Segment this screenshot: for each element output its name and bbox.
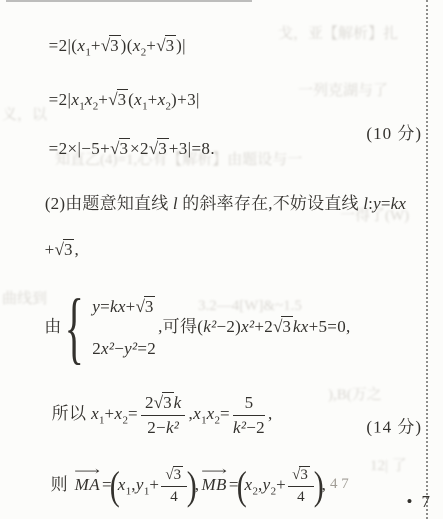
math-token: +	[149, 475, 159, 494]
system-of-equations-line: 由{y=kx+√32x²−y²=2,可得(k²−2)x²+2√3kx+5=0,	[26, 272, 351, 384]
math-token: +	[98, 90, 108, 109]
math-token: 5	[245, 393, 254, 412]
math-token: +	[45, 240, 55, 259]
system-brace: {	[64, 292, 83, 364]
math-variable: k	[174, 393, 182, 412]
chinese-text: 则	[51, 475, 73, 494]
radicand: 3	[63, 239, 75, 259]
square-root: √3	[110, 139, 130, 158]
math-token: =	[128, 404, 138, 423]
vector-MA: ⟶MA	[75, 475, 100, 495]
math-variable: x	[158, 90, 166, 109]
math-token: =	[100, 297, 110, 316]
math-token: )|	[176, 36, 186, 55]
equation-cases: y=kx+√32x²−y²=2	[92, 297, 156, 359]
scanned-answer-page: 戈，亚【解析】扎 一列克湖与了 义，以 知直乙(4)=1,心有【解析】由题设与一…	[0, 0, 443, 519]
math-variable: y²	[124, 339, 137, 358]
scan-edge-artifact	[6, 0, 252, 2]
math-token: +	[105, 404, 115, 423]
big-paren-right: )	[314, 468, 324, 504]
page-number: •7	[407, 492, 430, 512]
math-token: =	[220, 404, 230, 423]
math-token: =2×|−5+	[49, 139, 111, 158]
math-token: +	[146, 36, 156, 55]
math-token: 2	[145, 393, 154, 412]
bleed-through-text: 戈，亚【解析】扎	[278, 22, 438, 43]
fraction-denominator: 2−k²	[141, 416, 186, 438]
case-row-2: 2x²−y²=2	[92, 339, 156, 359]
math-variable: x	[133, 36, 141, 55]
chinese-text: 所以	[52, 404, 91, 423]
math-variable: x	[134, 90, 142, 109]
vector-arrow-icon: ⟶	[201, 464, 227, 479]
square-root: √3	[108, 90, 128, 109]
radicand: 3	[281, 316, 293, 336]
text-line-part2: (2)由题意知直线 l 的斜率存在,不妨设直线 l:y=kx	[27, 169, 406, 234]
math-token: )+3|	[171, 90, 200, 109]
chinese-text: (2)由题意知直线	[45, 194, 173, 213]
page-number-value: 7	[422, 492, 431, 511]
fraction: √34	[288, 466, 314, 506]
math-token: −2)	[216, 317, 241, 336]
square-root: √3	[136, 297, 156, 316]
math-variable: x²	[241, 317, 254, 336]
vectors-line: 则 ⟶MA=(x1,y1+√34),⟶MB=(x2,y2+√34),	[32, 446, 326, 519]
math-variable: kx	[391, 194, 407, 213]
fraction-numerator: √3	[288, 466, 314, 487]
math-token: +5=0,	[309, 317, 351, 336]
fraction-numerator: √3	[161, 466, 187, 487]
equation-line-continuation: +√3,	[26, 220, 79, 280]
radicand: 3	[119, 138, 131, 158]
math-token: 2−	[147, 418, 166, 437]
fraction-denominator: k²−2	[233, 416, 265, 438]
fraction-numerator: 2√3k	[141, 392, 186, 416]
math-token: 4	[170, 489, 178, 505]
square-root: √3	[149, 139, 169, 158]
score-mark-10: (10 分)	[366, 119, 422, 144]
math-token: =	[381, 194, 391, 213]
math-variable: y	[373, 194, 381, 213]
chinese-text: ,可得(	[158, 317, 203, 336]
fraction: 5k²−2	[233, 392, 265, 438]
chinese-text: 的斜率存在,不妨设直线	[178, 194, 363, 213]
math-variable: y	[136, 475, 144, 494]
fraction-numerator: 5	[233, 392, 265, 416]
square-root: √3	[156, 36, 176, 55]
fraction: 2√3k2−k²	[141, 392, 186, 438]
math-token: 2	[92, 339, 101, 358]
radicand: 3	[144, 296, 156, 316]
math-token: +2	[254, 317, 273, 336]
math-variable: x	[193, 404, 201, 423]
math-variable: x	[207, 404, 215, 423]
square-root: √3	[292, 467, 310, 483]
radicand: 3	[117, 89, 129, 109]
big-paren-left: (	[237, 468, 247, 504]
page-number-bullet: •	[407, 492, 413, 511]
bleed-through-text: 4 7	[330, 476, 382, 493]
chinese-text: 由	[44, 317, 61, 336]
math-token: =2|(	[49, 36, 78, 55]
math-token: =2	[137, 339, 156, 358]
math-variable: y	[263, 475, 271, 494]
square-root: √3	[165, 467, 183, 483]
math-variable: k²	[233, 418, 246, 437]
big-paren-left: (	[110, 468, 120, 504]
math-variable: y	[92, 297, 100, 316]
math-variable: x	[85, 90, 93, 109]
math-token: ,	[268, 404, 273, 423]
square-root: √3	[101, 36, 121, 55]
score-mark-14: (14 分)	[366, 413, 422, 438]
math-token: ×2	[130, 139, 149, 158]
math-token: +	[148, 90, 158, 109]
math-token: +	[91, 36, 101, 55]
radicand: 3	[157, 138, 169, 158]
radicand: 3	[162, 392, 174, 412]
math-variable: kx	[293, 317, 309, 336]
math-token: 4	[297, 489, 305, 505]
vector-MB: ⟶MB	[201, 475, 226, 495]
math-variable: x	[91, 404, 99, 423]
radicand: 3	[109, 35, 121, 55]
math-token: +	[126, 297, 136, 316]
math-token: +3|=8.	[169, 139, 215, 158]
math-variable: k²	[203, 317, 216, 336]
math-token: −2	[246, 418, 265, 437]
dotted-fold-line	[426, 0, 428, 519]
math-variable: x²	[101, 339, 114, 358]
radicand: 3	[299, 466, 310, 483]
bleed-through-text: 一列克湖与了	[298, 79, 428, 100]
case-row-1: y=kx+√3	[92, 297, 156, 317]
math-token: ,	[74, 240, 79, 259]
radicand: 3	[165, 35, 177, 55]
big-paren-right: )	[187, 468, 197, 504]
square-root: √3	[273, 317, 293, 336]
fraction-denominator: 4	[288, 487, 314, 506]
square-root: √3	[55, 240, 75, 259]
math-variable: k²	[166, 418, 179, 437]
vector-arrow-icon: ⟶	[74, 464, 100, 479]
fraction: √34	[161, 466, 187, 506]
square-root: √3	[154, 393, 174, 412]
math-variable: kx	[110, 297, 126, 316]
math-token: +	[276, 475, 286, 494]
math-token: −	[114, 339, 124, 358]
math-token: )(	[121, 36, 133, 55]
radicand: 3	[173, 466, 184, 483]
math-token: =2|	[49, 90, 72, 109]
fraction-denominator: 4	[161, 487, 187, 506]
